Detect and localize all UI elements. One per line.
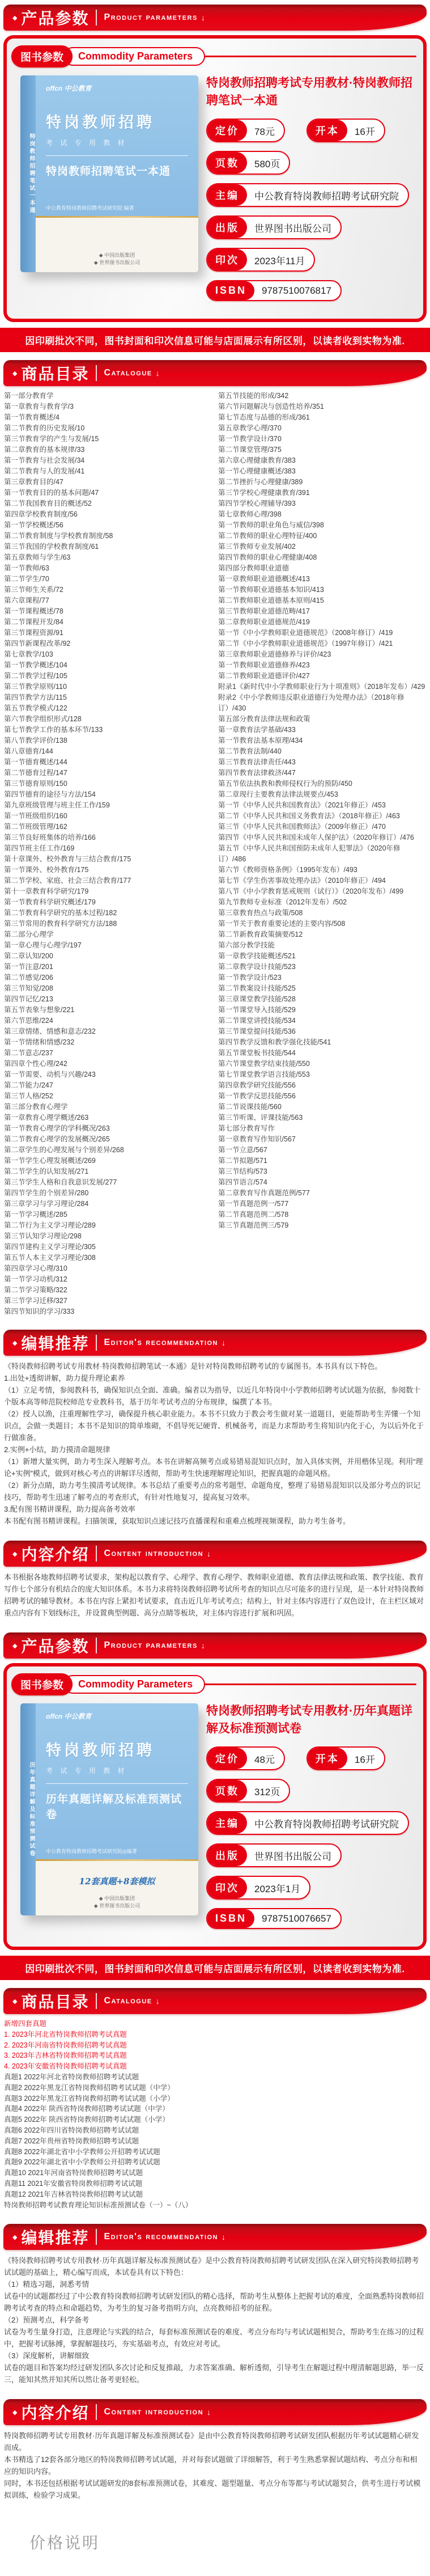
catalogue-entry: 第二节教师职业道德基本原则/415 (218, 595, 428, 606)
parameter-label: 开本 (308, 120, 347, 141)
catalogue-entry: 第二节课程开发/84 (4, 617, 214, 628)
catalogue-entry: 第七章教学/103 (4, 649, 214, 660)
catalogue-entry: 第三节师生关系/72 (4, 585, 214, 595)
paragraph: （1）新增大量实例，助力考生深入理解考点。本书在讲解高频考点或易错易混知识点时，… (4, 1456, 424, 1479)
catalogue-entry: 第二节学习策略/322 (4, 1285, 214, 1296)
cover-sets-badge: 12套真题+8套模拟 (79, 1875, 155, 1887)
book-parameter: ISBN 9787510076817 (206, 280, 342, 301)
paragraph: 试卷的题目和答案均经过研发团队多次讨论和反复推敲，力求答案准确、解析透彻，引导考… (4, 2362, 424, 2385)
parameter-value: 48元 (247, 1748, 284, 1769)
publisher-company: ◆ 世界图书出版公司 (94, 259, 140, 267)
paragraph: 2.实例+小结，助力摸清命题规律 (4, 1444, 424, 1456)
catalogue-entry: 真题2 2022年黑龙江省特岗教师招聘考试试题（中学） (4, 2083, 425, 2093)
offcn-logo: offcn 中公教育 (46, 1711, 188, 1721)
content-introduction-2-text: 特岗教师招聘考试专用教材·历年真题详解及标准预测试卷》是由中公教育特岗教师招聘考… (0, 2425, 430, 2510)
catalogue-entry: 第二节课堂管理/375 (218, 445, 428, 455)
catalogue-entry: 真题6 2022年四川省特岗教师招聘考试试题 (4, 2125, 425, 2136)
catalogue-entry: 第六节教学组织形式/128 (4, 714, 214, 725)
section-title-en: Editor's recommendation (104, 1338, 218, 1348)
publisher-group: ◆ 中国出版集团 (99, 1895, 135, 1902)
catalogue-right-column: 第五节技能的形成/342第六节问题解决与创造性培养/351第七节态度与品德的形成… (218, 391, 428, 1317)
catalogue-entry: 第二节教育科学研究的基本过程/182 (4, 908, 214, 919)
book1-cover-image: 特岗教师招聘笔试一本通 offcn 中公教育 特岗教师招聘 考 试 专 用 教 … (14, 70, 202, 310)
divider (96, 2404, 97, 2420)
catalogue-entry: 第一章教育与教育学/3 (4, 401, 214, 412)
book2-params-list: 页数 312页 主编 中公教育特岗教师招聘考试研究院 出版 世界图书出版公司 (206, 1779, 413, 1938)
catalogue-entry: 第二节新教育政策摘要/512 (218, 929, 428, 940)
parameter-value: 9787510076657 (254, 1910, 340, 1928)
diamond-icon: ◆ (12, 370, 17, 377)
price-explanation-label: 价格说明 (29, 2531, 430, 2553)
divider (96, 10, 97, 26)
catalogue-entry: 第七节教学工作的基本环节/133 (4, 725, 214, 735)
arrow-down-icon: ↓ (207, 2408, 211, 2417)
catalogue-entry: 第四章学习心理/310 (4, 1263, 214, 1274)
cover-main-title: 特岗教师招聘笔试一本通 (46, 163, 188, 178)
section-title-cn: 产品参数 (21, 1634, 89, 1657)
catalogue-entry: 第二节学生的认知发展/271 (4, 1166, 214, 1177)
catalogue-entry: 第一节教育目的的基本问题/47 (4, 488, 214, 498)
catalogue-entry: 真题3 2022年黑龙江省特岗教师招聘考试试题（小学） (4, 2093, 425, 2104)
catalogue-entry: 第二节班级管理/162 (4, 822, 214, 832)
catalogue-entry: 第一节情绪和情感/232 (4, 1037, 214, 1048)
catalogue-entry: 第三章情绪、情感和意志/232 (4, 1026, 214, 1037)
catalogue-entry: 第五节课堂板书技能/544 (218, 1048, 428, 1059)
catalogue-entry: 第一节教师职业道德修养/423 (218, 660, 428, 671)
section-header-product-parameters-1: ◆ 产品参数 Product parameters ↓ (3, 5, 427, 31)
catalogue-entry: 第一节教学反思技能/556 (218, 1091, 428, 1102)
catalogue-entry: 第二节《中华人民共和国义务教育法》（2018年修正）/463 (218, 811, 428, 822)
paragraph: 1.出处+透彻讲解，助力提升理论素养 (4, 1372, 424, 1384)
catalogue-entry: 第一节教学设计/370 (218, 434, 428, 445)
paragraph: 《特岗教师招聘考试专用教材·历年真题详解及标准预测试卷》是中公教育特岗教师招聘考… (4, 2254, 424, 2278)
diamond-icon: ◆ (12, 2409, 17, 2416)
catalogue-entry: 第四节新课程改革/92 (4, 638, 214, 649)
diamond-icon: ◆ (12, 1998, 17, 2005)
divider (96, 1638, 97, 1653)
cover-subtitle: 考 试 专 用 教 材 (46, 1766, 188, 1775)
catalogue-entry: 第三节常用的教育科学研究方法/188 (4, 919, 214, 929)
book1-catalogue: 第一部分教育学第一章教育与教育学/3第一节教育概述/4第二节教育的历史发展/10… (0, 386, 430, 1325)
catalogue-entry: 第三节学校心理健康教育/391 (218, 488, 428, 498)
commodity-parameters-badge: 图书参数 Commodity Parameters (11, 45, 416, 67)
catalogue-entry: 第七节课堂教学语言技能/553 (218, 1069, 428, 1080)
catalogue-entry: 第二节课堂讲授技能/534 (218, 1016, 428, 1026)
catalogue-entry: 第六部分教学技能 (218, 940, 428, 951)
parameter-label: ISBN (207, 281, 254, 300)
catalogue-entry: 第三节结构/573 (218, 1166, 428, 1177)
parameter-value: 580页 (247, 153, 289, 174)
catalogue-entry: 第一节关于教育重要论述的主要内容/508 (218, 919, 428, 929)
catalogue-entry: 第一部分教育学 (4, 391, 214, 401)
catalogue-entry: 真题1 2022年河北省特岗教师招聘考试试题 (4, 2072, 425, 2083)
catalogue-entry: 第三节学习迁移/327 (4, 1296, 214, 1306)
catalogue-entry: 真题9 2022年湖北省中小学教师公开招聘考试试题 (4, 2157, 425, 2168)
catalogue-entry: 第四节《中华人民共和国未成年人保护法》（2020年修订）/476 (218, 832, 428, 843)
catalogue-entry: 第四节班主任工作/169 (4, 843, 214, 854)
catalogue-entry: 第一节教学概述/104 (4, 660, 214, 671)
section-header-product-parameters-2: ◆ 产品参数 Product parameters ↓ (3, 1632, 427, 1659)
cover-subtitle: 考 试 专 用 教 材 (46, 138, 188, 147)
cover-divider (46, 1783, 188, 1784)
section-title-en: Content introduction (104, 2407, 203, 2417)
badge-label-cn: 图书参数 (11, 1673, 73, 1695)
catalogue-entry: 第二节我国教育目的概述/52 (4, 498, 214, 509)
arrow-down-icon: ↓ (201, 13, 205, 22)
catalogue-entry: 第六章课程/77 (4, 595, 214, 606)
catalogue-entry: 第一节学习概述/285 (4, 1209, 214, 1220)
catalogue2-highlight-list: 1. 2023年河北省特岗教师招聘考试真题2. 2023年河南省特岗教师招聘考试… (4, 2029, 425, 2072)
catalogue-entry: 第三节人格/252 (4, 1091, 214, 1102)
catalogue-entry: 第三节教师专业发展/402 (218, 542, 428, 552)
catalogue-entry: 第一节教师的职业角色与威信/398 (218, 520, 428, 531)
parameter-label: 主编 (207, 1812, 247, 1834)
book-parameter: 定价 78元 (206, 119, 285, 142)
catalogue-entry: 第三章学习与学习理论/284 (4, 1199, 214, 1209)
parameter-value: 中公教育特岗教师招聘考试研究院 (247, 1813, 408, 1834)
book1-params-list: 页数 580页 主编 中公教育特岗教师招聘考试研究院 出版 世界图书出版公司 (206, 151, 413, 310)
catalogue-entry: 第一节教育心理学的学科概况/263 (4, 1123, 214, 1134)
catalogue-entry: 第二节教案设计技能/525 (218, 983, 428, 994)
print-batch-warning: 因印刷批次不同，图书封面和印次信息可能与店面展示有所区别，以读者收到实物为准. (0, 328, 430, 352)
catalogue-entry: 第四章学校教育制度/56 (4, 509, 214, 520)
paragraph: 特岗教师招聘考试专用教材·历年真题详解及标准预测试卷》是由中公教育特岗教师招聘考… (4, 2430, 424, 2454)
section-header-editor-recommendation-1: ◆ 编辑推荐 Editor's recommendation ↓ (3, 1330, 427, 1356)
section-header-catalogue-2: ◆ 商品目录 Catalogue ↓ (3, 1988, 427, 2014)
catalogue-entry: 第四节学生的个别差异/280 (4, 1188, 214, 1199)
paragraph: （3）深度解析，讲解细致 (4, 2350, 424, 2362)
product-detail-page: ◆ 产品参数 Product parameters ↓ 图书参数 Commodi… (0, 0, 430, 2576)
section-title-cn: 编辑推荐 (21, 2226, 89, 2248)
catalogue-entry: 第三节真题范例三/579 (218, 1220, 428, 1231)
catalogue-entry: 第一节立意/567 (218, 1145, 428, 1156)
parameter-value: 78元 (247, 120, 284, 141)
book2-cover-image: 历年真题详解及标准预测试卷 offcn 中公教育 特岗教师招聘 考 试 专 用 … (14, 1698, 202, 1938)
catalogue-entry: 第二节学校、家庭、社会三结合教育/177 (4, 875, 214, 886)
paragraph: （2）预测考点，科学备考 (4, 2314, 424, 2326)
catalogue-entry: 第四节教育法律救济/447 (218, 768, 428, 779)
arrow-down-icon: ↓ (201, 1641, 205, 1650)
catalogue-entry: 第三章课堂教学技能/528 (218, 994, 428, 1005)
catalogue-entry: 第一节需要、动机与兴趣/243 (4, 1069, 214, 1080)
catalogue-entry: 第三章教育目的/47 (4, 477, 214, 488)
parameter-value: 中公教育特岗教师招聘考试研究院 (247, 185, 408, 206)
catalogue-entry: 第六节问题解决与创造性培养/351 (218, 401, 428, 412)
diamond-icon: ◆ (12, 14, 17, 22)
catalogue-entry: 第二章教学设计技能/523 (218, 962, 428, 972)
book1-parameters-box: 图书参数 Commodity Parameters 特岗教师招聘笔试一本通 of… (3, 35, 427, 322)
section-header-content-introduction-2: ◆ 内容介绍 Content introduction ↓ (3, 2399, 427, 2425)
paragraph: 3.配有图书精讲课程，助力提高备考效率 (4, 1503, 424, 1515)
book1-params-row1: 定价 78元 开本 16开 (206, 119, 413, 142)
catalogue-entry: 第一节《中小学教师职业道德规范》（2008年修订）/419 (218, 628, 428, 638)
parameter-value: 9787510076817 (254, 282, 340, 300)
catalogue-entry: 真题10 2021年河南省特岗教师招聘考试试题 (4, 2168, 425, 2179)
catalogue-entry: 第二节拟题/571 (218, 1156, 428, 1166)
book-parameter: 开本 16开 (306, 1746, 385, 1770)
catalogue-entry: 第五节《中华人民共和国预防未成年人犯罪法》（2020年修订）/486 (218, 843, 428, 865)
catalogue-entry: 特岗教师招聘考试教育理论知识标准预测试卷（一）~（八） (4, 2200, 425, 2211)
book2-spine: 历年真题详解及标准预测试卷 (20, 1703, 36, 1915)
section-title-cn: 内容介绍 (21, 2401, 89, 2423)
catalogue-entry: 第三节学生人格和自我意识发展/277 (4, 1177, 214, 1188)
catalogue-entry: 第一节教学设计/523 (218, 972, 428, 983)
parameter-label: 页数 (207, 152, 247, 174)
divider (96, 1993, 97, 2009)
book2-catalogue: 新增四套真题 1. 2023年河北省特岗教师招聘考试真题2. 2023年河南省特… (0, 2014, 430, 2219)
paragraph: （2）授人以渔，注重理解性学习，确保提升核心职业能力。本书不只致力于教会考生做对… (4, 1408, 424, 1444)
catalogue-entry: 第七章教师心理/398 (218, 509, 428, 520)
book-parameter: 页数 312页 (206, 1779, 290, 1803)
diamond-icon: ◆ (12, 1642, 17, 1649)
book2-title: 特岗教师招聘考试专用教材·历年真题详解及标准预测试卷 (206, 1702, 413, 1737)
offcn-logo: offcn 中公教育 (46, 83, 188, 93)
catalogue-entry: 第二节《中小学教师职业道德规范》（1997年修订）/421 (218, 638, 428, 649)
divider (96, 1546, 97, 1562)
section-title-cn: 产品参数 (21, 6, 89, 29)
cover-series-title: 特岗教师招聘 (46, 110, 188, 132)
catalogue-entry: 第一节课堂导入技能/529 (218, 1005, 428, 1016)
catalogue-entry: 第二节感觉/206 (4, 972, 214, 983)
badge-label-en: Commodity Parameters (63, 47, 205, 66)
content-introduction-1-text: 本书根据各地教师招聘考试要求，架构起以教育学、心理学、教育心理学、教师职业道德、… (0, 1567, 430, 1628)
catalogue-left-column: 第一部分教育学第一章教育与教育学/3第一节教育概述/4第二节教育的历史发展/10… (4, 391, 218, 1317)
publisher-group: ◆ 中国出版集团 (99, 252, 135, 259)
catalogue-entry: 第九节教师专业标准（2012年发布）/502 (218, 897, 428, 908)
catalogue-entry: 第六节《教师资格条例》（1995年发布）/493 (218, 865, 428, 875)
catalogue-entry: 第一节《中华人民共和国教育法》（2021年修正）/453 (218, 800, 428, 811)
section-title-en: Editor's recommendation (104, 2232, 218, 2242)
arrow-down-icon: ↓ (156, 1996, 160, 2006)
catalogue-entry: 第四节知识的学习/333 (4, 1306, 214, 1317)
catalogue-entry: 第七节态度与品德的形成/361 (218, 412, 428, 423)
catalogue-entry: 第一节学习动机/312 (4, 1274, 214, 1285)
badge-rule-line (201, 1684, 416, 1685)
parameter-label: 主编 (207, 184, 247, 206)
parameter-label: 出版 (207, 217, 247, 238)
section-title-en: Content introduction (104, 1549, 203, 1559)
catalogue-entry: 第三节德育原则/150 (4, 779, 214, 789)
parameter-value: 16开 (347, 120, 384, 141)
book2-params-row1: 定价 48元 开本 16开 (206, 1746, 413, 1770)
catalogue-entry: 第八节教学评价/138 (4, 735, 214, 746)
catalogue-entry: 真题12 2021年吉林省特岗教师招聘考试试题 (4, 2189, 425, 2200)
catalogue-entry: 第二节教学过程/105 (4, 671, 214, 682)
book-parameter: 定价 48元 (206, 1746, 285, 1770)
badge-label-en: Commodity Parameters (63, 1675, 205, 1694)
editor-recommendation-2-text: 《特岗教师招聘考试专用教材·历年真题详解及标准预测试卷》是中公教育特岗教师招聘考… (0, 2250, 430, 2395)
catalogue-entry: 第二节说课技能/560 (218, 1102, 428, 1113)
parameter-label: 印次 (207, 249, 247, 270)
catalogue-entry: 第三节听课、评课技能/563 (218, 1113, 428, 1123)
book-parameter: 印次 2023年11月 (206, 248, 315, 272)
catalogue-entry: 第五章教师与学生/63 (4, 552, 214, 563)
diamond-icon: ◆ (12, 2234, 17, 2241)
catalogue-entry: 真题11 2021年安徽省特岗教师招聘考试试题 (4, 2179, 425, 2189)
book1-title: 特岗教师招聘考试专用教材·特岗教师招聘笔试一本通 (206, 74, 413, 109)
catalogue-entry: 第二节教育与人的发展/41 (4, 466, 214, 477)
catalogue-entry: 第一节注意/201 (4, 962, 214, 972)
catalogue-entry: 第十一章教育科学研究/179 (4, 886, 214, 897)
section-header-editor-recommendation-2: ◆ 编辑推荐 Editor's recommendation ↓ (3, 2224, 427, 2250)
catalogue-entry: 第二章教育写作真题范例/577 (218, 1188, 428, 1199)
catalogue-entry: 第二章现行主要教育法律法规要点/453 (218, 789, 428, 800)
print-batch-warning: 因印刷批次不同，图书封面和印次信息可能与店面展示有所区别，以读者收到实物为准. (0, 1956, 430, 1980)
catalogue-entry: 真题4 2022年 陕西省特岗教师招聘考试试题（中学） (4, 2104, 425, 2114)
catalogue-entry-new: 2. 2023年河南省特岗教师招聘考试真题 (4, 2040, 425, 2051)
catalogue-entry: 第三节良好班集体的培养/166 (4, 832, 214, 843)
catalogue-entry: 第四章个性心理/242 (4, 1059, 214, 1069)
catalogue-entry: 第三节认知学习理论/298 (4, 1231, 214, 1242)
catalogue-entry: 第八节《中小学教育惩戒规则（试行）》（2020年发布）/499 (218, 886, 428, 897)
arrow-down-icon: ↓ (207, 1549, 211, 1558)
catalogue-entry: 第一节课外、校外教育/175 (4, 865, 214, 875)
catalogue-entry: 附录2《中小学教师违反职业道德行为处理办法》（2018年修订）/430 (218, 692, 428, 714)
paragraph: （1）精选习题，洞悉考情 (4, 2278, 424, 2290)
paragraph: （1）立足考情，参阅教科书，确保知识点全面、准确。编者以为指导，以近几年特岗中小… (4, 1384, 424, 1408)
catalogue-entry: 第四节语言/574 (218, 1177, 428, 1188)
section-title-en: Catalogue (104, 1996, 152, 2006)
badge-rule-line (201, 56, 416, 57)
publisher-company: ◆ 世界图书出版公司 (94, 1902, 140, 1910)
catalogue-entry: 第二章教育的基本规律/33 (4, 445, 214, 455)
arrow-down-icon: ↓ (222, 1338, 225, 1347)
badge-label-cn: 图书参数 (11, 45, 73, 67)
parameter-label: 印次 (207, 1877, 247, 1898)
catalogue-entry: 第一节课程概述/78 (4, 606, 214, 617)
book-parameter: ISBN 9787510076657 (206, 1908, 342, 1929)
catalogue-entry-new: 1. 2023年河北省特岗教师招聘考试真题 (4, 2029, 425, 2040)
catalogue-entry: 第二节德育过程/147 (4, 768, 214, 779)
catalogue-entry: 第三节教师职业道德范畴/417 (218, 606, 428, 617)
catalogue-entry: 第二章学生的心理发展与个别差异/268 (4, 1145, 214, 1156)
paragraph: 试卷为考生量身打造，注意理论与实践的结合，每套标准预测试卷的难度、考点分布均与考… (4, 2326, 424, 2350)
catalogue-entry: 第六节思维/224 (4, 1016, 214, 1026)
catalogue-entry: 第四节建构主义学习理论/305 (4, 1242, 214, 1253)
catalogue-entry: 第一节班级组织/160 (4, 811, 214, 822)
parameter-label: 定价 (207, 1748, 247, 1769)
catalogue-entry: 第四节教学反馈和教学强化技能/541 (218, 1037, 428, 1048)
section-title-cn: 商品目录 (21, 1990, 89, 2012)
parameter-value: 世界图书出版公司 (247, 217, 340, 238)
catalogue-entry: 第二章认知/200 (4, 951, 214, 962)
divider (96, 1335, 97, 1351)
catalogue-entry: 第一章教师职业道德概述/413 (218, 574, 428, 585)
catalogue-entry: 第二节能力/247 (4, 1080, 214, 1091)
catalogue-entry: 第五节教学模式/122 (4, 703, 214, 714)
catalogue-entry: 第一章教学技能概述/521 (218, 951, 428, 962)
section-header-content-introduction-1: ◆ 内容介绍 Content introduction ↓ (3, 1541, 427, 1567)
diamond-icon: ◆ (12, 1339, 17, 1347)
catalogue-entry: 第四节德育的途径与方法/154 (4, 789, 214, 800)
section-title-cn: 商品目录 (21, 362, 89, 384)
catalogue-entry: 第七部分教育写作 (218, 1123, 428, 1134)
catalogue-entry: 附录1《新时代中小学教师职业行为十项准则》（2018年发布）/429 (218, 682, 428, 692)
catalogue-entry: 第二部分心理学 (4, 929, 214, 940)
catalogue-entry: 第三节课程资源/91 (4, 628, 214, 638)
catalogue-entry-new: 3. 2023年吉林省特岗教师招聘考试真题 (4, 2050, 425, 2061)
catalogue-entry: 第九章班级管理与班主任工作/159 (4, 800, 214, 811)
catalogue-entry: 第三节我国的学校教育制度/61 (4, 542, 214, 552)
parameter-label: ISBN (207, 1909, 254, 1928)
commodity-parameters-badge: 图书参数 Commodity Parameters (11, 1673, 416, 1695)
book-parameter: 出版 世界图书出版公司 (206, 215, 342, 239)
catalogue-entry: 第二节教育制度与学校教育制度/58 (4, 531, 214, 542)
catalogue2-highlight-title: 新增四套真题 (4, 2019, 425, 2029)
catalogue-entry: 第六节课堂教学结束技能/550 (218, 1059, 428, 1069)
catalogue-entry: 第四部分教师职业道德 (218, 563, 428, 574)
catalogue-entry: 第二节意志/237 (4, 1048, 214, 1059)
parameter-label: 开本 (308, 1748, 347, 1769)
arrow-down-icon: ↓ (156, 369, 160, 378)
catalogue-entry: 第一节心理健康概述/383 (218, 466, 428, 477)
catalogue-entry: 第四节教学方法/115 (4, 692, 214, 703)
diamond-icon: ◆ (12, 1550, 17, 1558)
book2-parameters-box: 图书参数 Commodity Parameters 历年真题详解及标准预测试卷 … (3, 1663, 427, 1950)
catalogue-entry: 第三节教育法律责任/443 (218, 757, 428, 768)
catalogue-entry: 第三节《中华人民共和国教师法》（2009年修正）/470 (218, 822, 428, 832)
catalogue-entry: 第五章教学心理/370 (218, 423, 428, 434)
catalogue-entry: 第三章教师职业道德修养与评价/423 (218, 649, 428, 660)
editor-recommendation-1-text: 《特岗教师招聘考试专用教材·特岗教师招聘笔试一本通》是针对特岗教师招聘考试的专属… (0, 1356, 430, 1536)
catalogue-entry-new: 4. 2023年安徽省特岗教师招聘考试真题 (4, 2061, 425, 2072)
catalogue-entry: 第三节教学原则/110 (4, 682, 214, 692)
catalogue-entry: 第二章教师职业道德规范/419 (218, 617, 428, 628)
catalogue-entry: 第一节真题范例一/577 (218, 1199, 428, 1209)
section-title-en: Catalogue (104, 368, 152, 378)
catalogue-entry: 第二节教育的历史发展/10 (4, 423, 214, 434)
catalogue-entry: 第五节人本主义学习理论/308 (4, 1253, 214, 1263)
paragraph: 本书配有图书精讲课程。扫描领课，获取知识点速记技巧直播课程和重难点梳理视频课程，… (4, 1515, 424, 1527)
paragraph: 同时，本书还包括根据考试试题研发的8套标准预测试卷，其难度、题型题量、考点分布等… (4, 2477, 424, 2501)
catalogue-entry: 第二节真题范例二/578 (218, 1209, 428, 1220)
catalogue-entry: 第五部分教育法律法规和政策 (218, 714, 428, 725)
catalogue-entry: 第三节知觉/208 (4, 983, 214, 994)
catalogue-entry: 第一章心理与心理学/197 (4, 940, 214, 951)
cover-series-title: 特岗教师招聘 (46, 1738, 188, 1760)
catalogue-entry: 第一节学生心理发展概述/269 (4, 1156, 214, 1166)
catalogue-entry: 第一节教师职业道德基本知识/413 (218, 585, 428, 595)
cover-author: 中公教育特岗教师招聘考试研究院◎编著 (46, 1847, 188, 1855)
catalogue-entry: 第一节教育法基本原理/434 (218, 735, 428, 746)
catalogue-entry: 第五节依法执教和教师侵权行为的预防/450 (218, 779, 428, 789)
paragraph: 本书根据各地教师招聘考试要求，架构起以教育学、心理学、教育心理学、教师职业道德、… (4, 1571, 424, 1619)
book-parameter: 页数 580页 (206, 151, 290, 175)
catalogue-entry: 第一节教育概述/4 (4, 412, 214, 423)
parameter-label: 定价 (207, 120, 247, 141)
catalogue-entry: 第二节挫折与心理健康/389 (218, 477, 428, 488)
catalogue-entry: 第五节表象与想象/221 (4, 1005, 214, 1016)
catalogue2-list: 真题1 2022年河北省特岗教师招聘考试试题真题2 2022年黑龙江省特岗教师招… (4, 2072, 425, 2210)
arrow-down-icon: ↓ (222, 2232, 225, 2241)
catalogue-entry: 第十章课外、校外教育与三结合教育/175 (4, 854, 214, 865)
parameter-value: 16开 (347, 1748, 384, 1769)
book-parameter: 出版 世界图书出版公司 (206, 1843, 342, 1867)
cover-main-title: 历年真题详解及标准预测试卷 (46, 1791, 188, 1821)
cover-divider (46, 155, 188, 156)
catalogue-entry: 第二节行为主义学习理论/289 (4, 1220, 214, 1231)
book-parameter: 开本 16开 (306, 119, 385, 142)
catalogue-entry: 第一节教师/63 (4, 563, 214, 574)
book-parameter: 主编 中公教育特岗教师招聘考试研究院 (206, 183, 409, 207)
catalogue-entry: 第二节教师职业道德评价/427 (218, 671, 428, 682)
catalogue-entry: 第五节技能的形成/342 (218, 391, 428, 401)
catalogue-entry: 第四节记忆/213 (4, 994, 214, 1005)
catalogue-entry: 第六章心理健康教育/383 (218, 455, 428, 466)
catalogue-entry: 第四章教学研究技能/556 (218, 1080, 428, 1091)
paragraph: 试卷中的试题都经过了中公教育特岗教师招聘考试研发团队的精心选择，帮助考生从整体上… (4, 2290, 424, 2314)
cover-author: 中公教育特岗教师招聘考试研究院 编著 (46, 204, 188, 212)
